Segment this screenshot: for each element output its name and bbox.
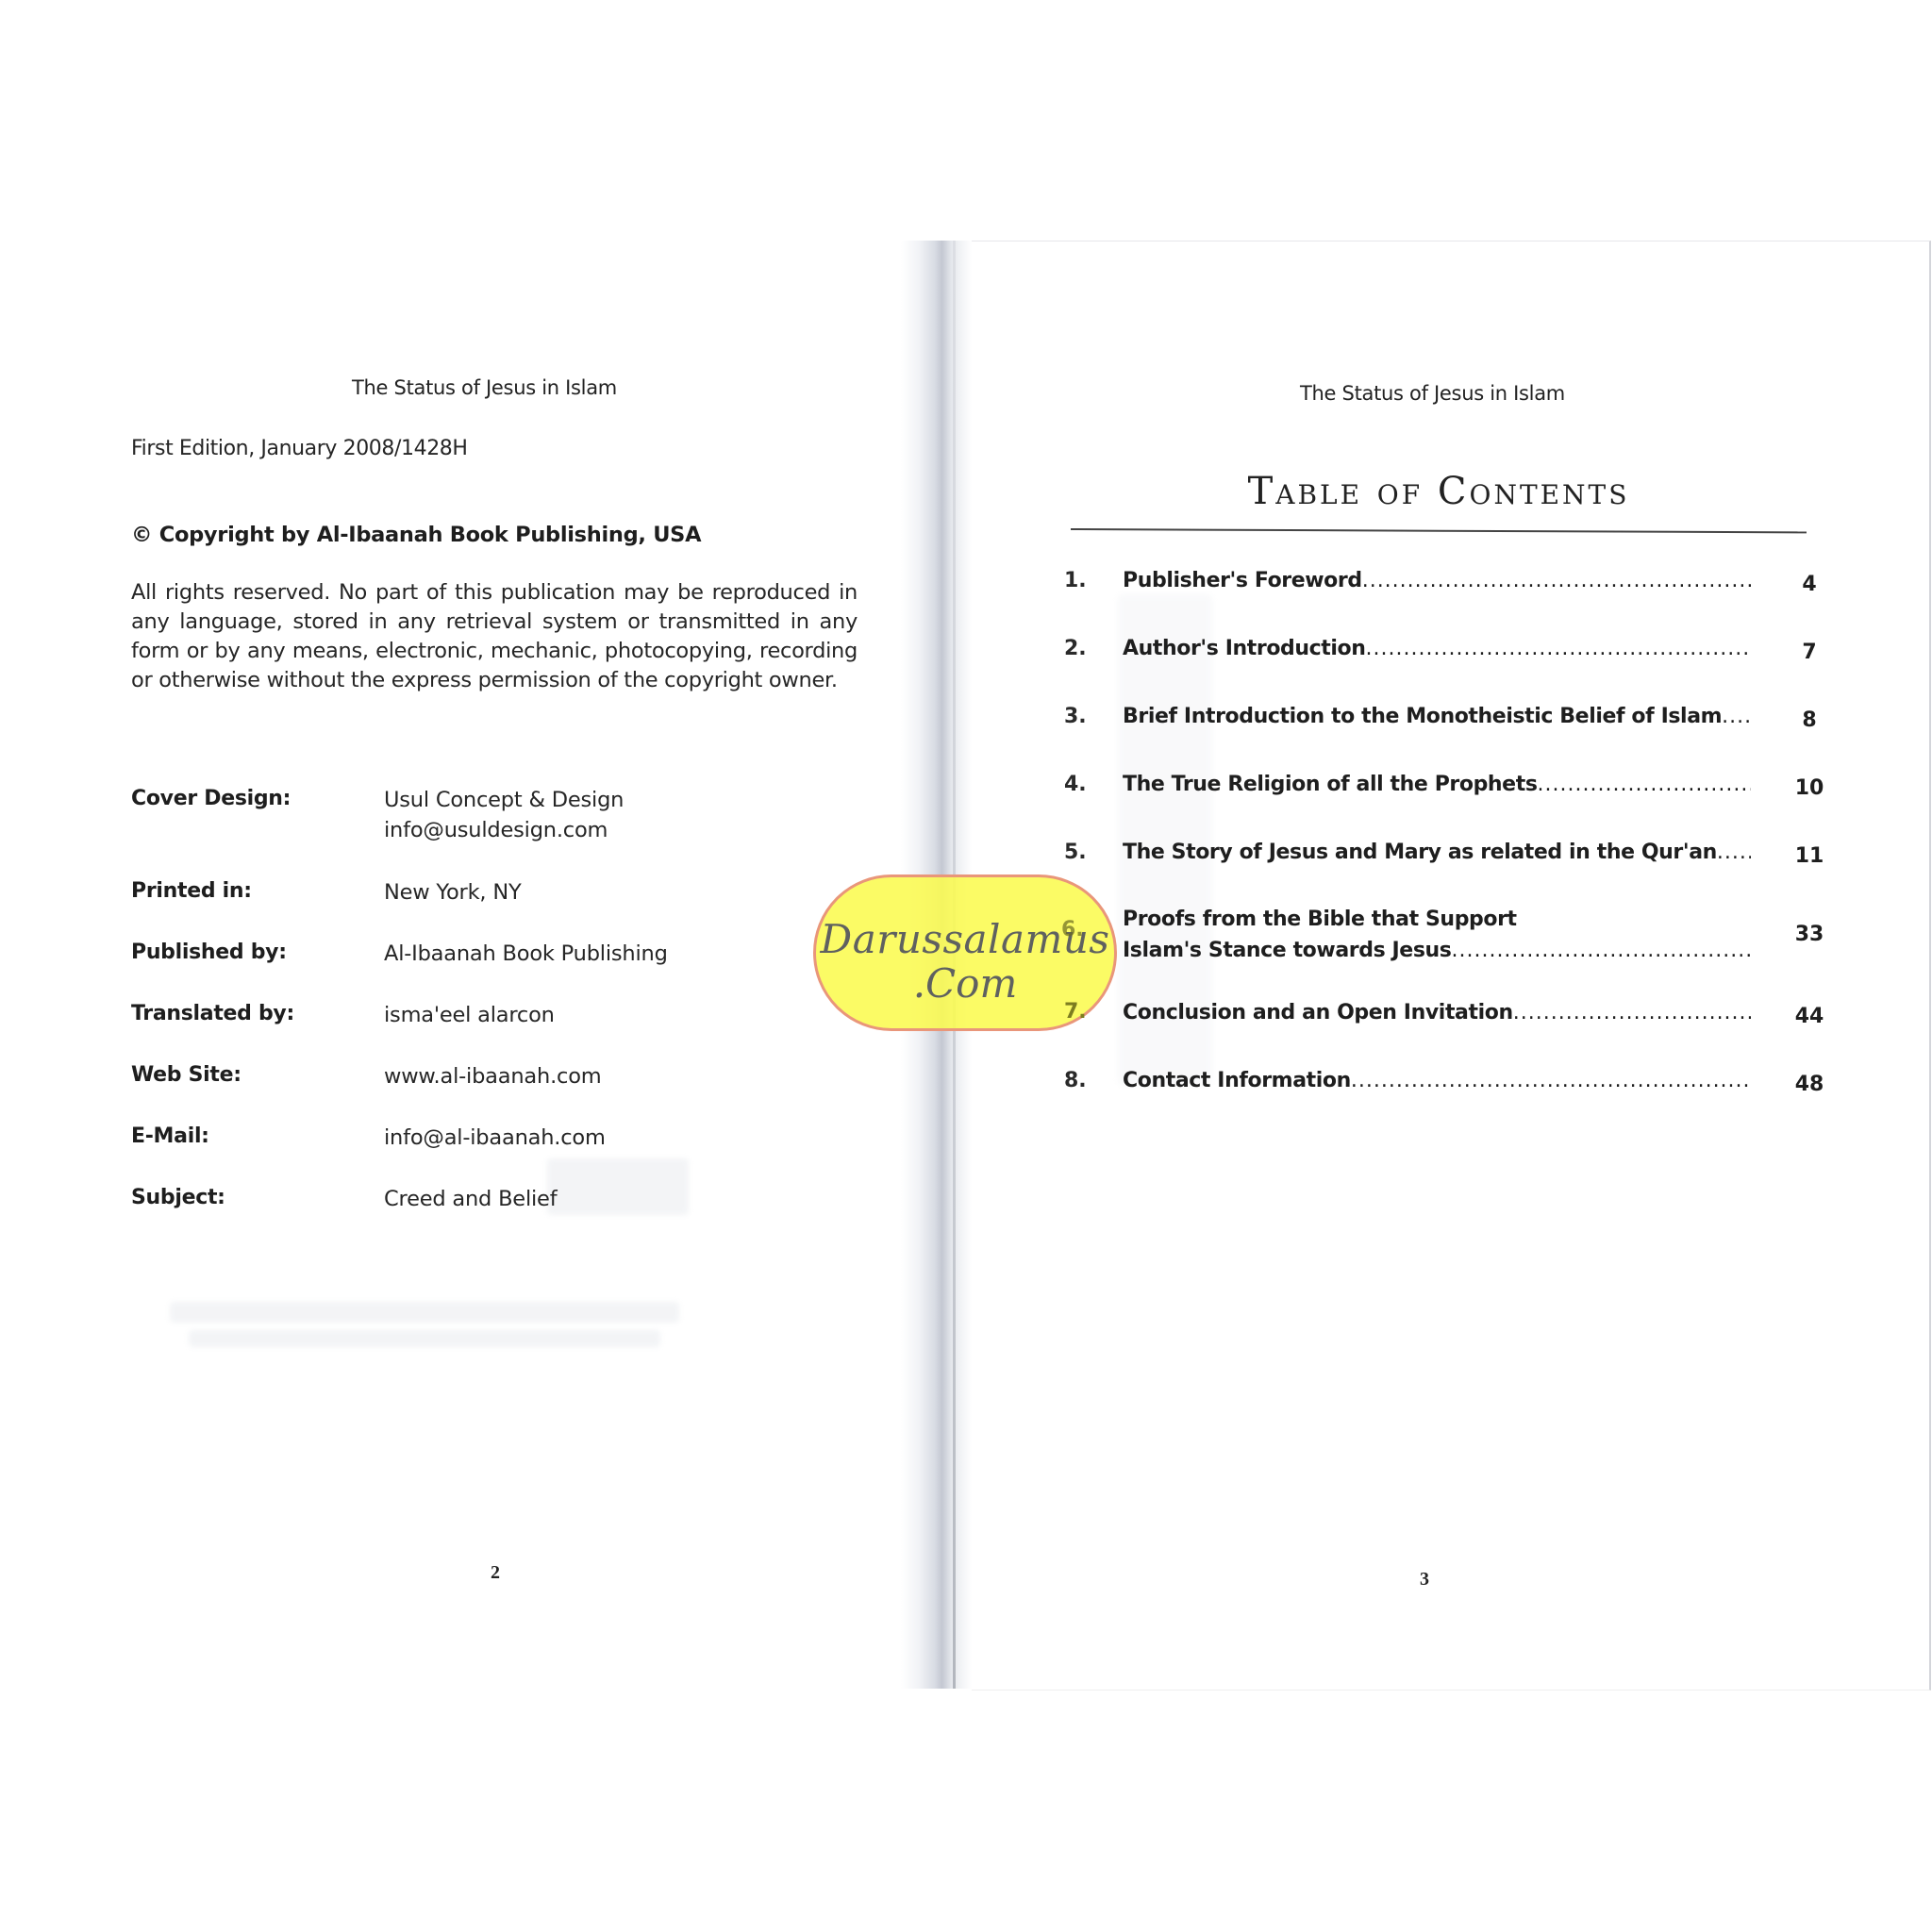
toc-entry[interactable]: 5. The Story of Jesus and Mary as relate… [1064, 841, 1838, 897]
toc-entry[interactable]: Proofs from the Bible that Support Islam… [1064, 904, 1838, 972]
page-number: 3 [1420, 1569, 1429, 1591]
toc-page-number: 11 [1781, 844, 1838, 868]
show-through-ghost [189, 1330, 660, 1347]
toc-entry-title: Islam's Stance towards Jesus............… [1123, 935, 1751, 966]
running-head: The Status of Jesus in Islam [352, 376, 617, 399]
toc-number: 8. [1064, 1069, 1087, 1092]
credit-label: Web Site: [131, 1063, 241, 1087]
toc-entry[interactable]: Conclusion and an Open Invitation.......… [1064, 1001, 1838, 1058]
edition-line: First Edition, January 2008/1428H [131, 437, 468, 460]
toc-number: 5. [1064, 841, 1087, 864]
toc-entry-title: The True Religion of all the Prophets...… [1123, 773, 1751, 796]
credit-label: Cover Design: [131, 787, 291, 810]
email-link[interactable]: info@al-ibaanah.com [384, 1123, 606, 1153]
toc-entry-title: The Story of Jesus and Mary as related i… [1123, 841, 1751, 864]
toc-page-number: 33 [1781, 923, 1838, 946]
toc-page-number: 7 [1781, 641, 1838, 664]
copyright-line: © Copyright by Al-Ibaanah Book Publishin… [131, 523, 701, 547]
toc-entry-title: Brief Introduction to the Monotheistic B… [1123, 705, 1751, 728]
credit-label: E-Mail: [131, 1124, 209, 1148]
toc-entry[interactable]: 2. Author's Introduction................… [1064, 637, 1838, 693]
book-spread: The Status of Jesus in Islam First Editi… [0, 0, 1932, 1932]
toc-page-number: 48 [1781, 1073, 1838, 1096]
toc-title: Table of Contents [1071, 470, 1807, 513]
credit-value: Creed and Belief [384, 1184, 557, 1214]
credit-value: isma'eel alarcon [384, 1000, 555, 1030]
toc-number: 3. [1064, 705, 1087, 728]
credit-value: New York, NY [384, 877, 522, 908]
toc-number-under-watermark: 6. [1061, 918, 1084, 941]
page-number: 2 [491, 1562, 500, 1584]
credit-value: Usul Concept & Design [384, 785, 624, 815]
toc-number: 1. [1064, 569, 1087, 592]
toc-entry[interactable]: 1. Publisher's Foreword.................… [1064, 569, 1838, 625]
running-head: The Status of Jesus in Islam [1300, 382, 1565, 405]
credit-label: Published by: [131, 941, 287, 964]
credit-label: Subject: [131, 1186, 225, 1209]
credit-label: Translated by: [131, 1002, 294, 1025]
credit-label: Printed in: [131, 879, 252, 903]
toc-entry-title: Contact Information.....................… [1123, 1069, 1751, 1092]
toc-entry[interactable]: 4. The True Religion of all the Prophets… [1064, 773, 1838, 829]
show-through-ghost [547, 1158, 689, 1215]
toc-entry[interactable]: 3. Brief Introduction to the Monotheisti… [1064, 705, 1838, 761]
toc-number: 4. [1064, 773, 1087, 796]
toc-page-number: 44 [1781, 1005, 1838, 1028]
toc-entry-title-line1: Proofs from the Bible that Support [1123, 904, 1751, 935]
toc-entry-title: Conclusion and an Open Invitation.......… [1123, 1001, 1751, 1024]
toc-entry-title: Author's Introduction...................… [1123, 637, 1751, 660]
toc-entry-title: Publisher's Foreword....................… [1123, 569, 1751, 592]
show-through-ghost [170, 1302, 679, 1323]
credit-email-value[interactable]: info@usuldesign.com [384, 815, 608, 845]
credit-value: Al-Ibaanah Book Publishing [384, 939, 668, 969]
toc-page-number: 8 [1781, 708, 1838, 732]
toc-page-number: 10 [1781, 776, 1838, 800]
toc-entry[interactable]: 8. Contact Information..................… [1064, 1069, 1838, 1125]
toc-page-number: 4 [1781, 573, 1838, 596]
rights-notice: All rights reserved. No part of this pub… [131, 578, 858, 695]
website-link[interactable]: www.al-ibaanah.com [384, 1061, 601, 1091]
toc-number-under-watermark: 7. [1064, 1000, 1087, 1024]
toc-number: 2. [1064, 637, 1087, 660]
